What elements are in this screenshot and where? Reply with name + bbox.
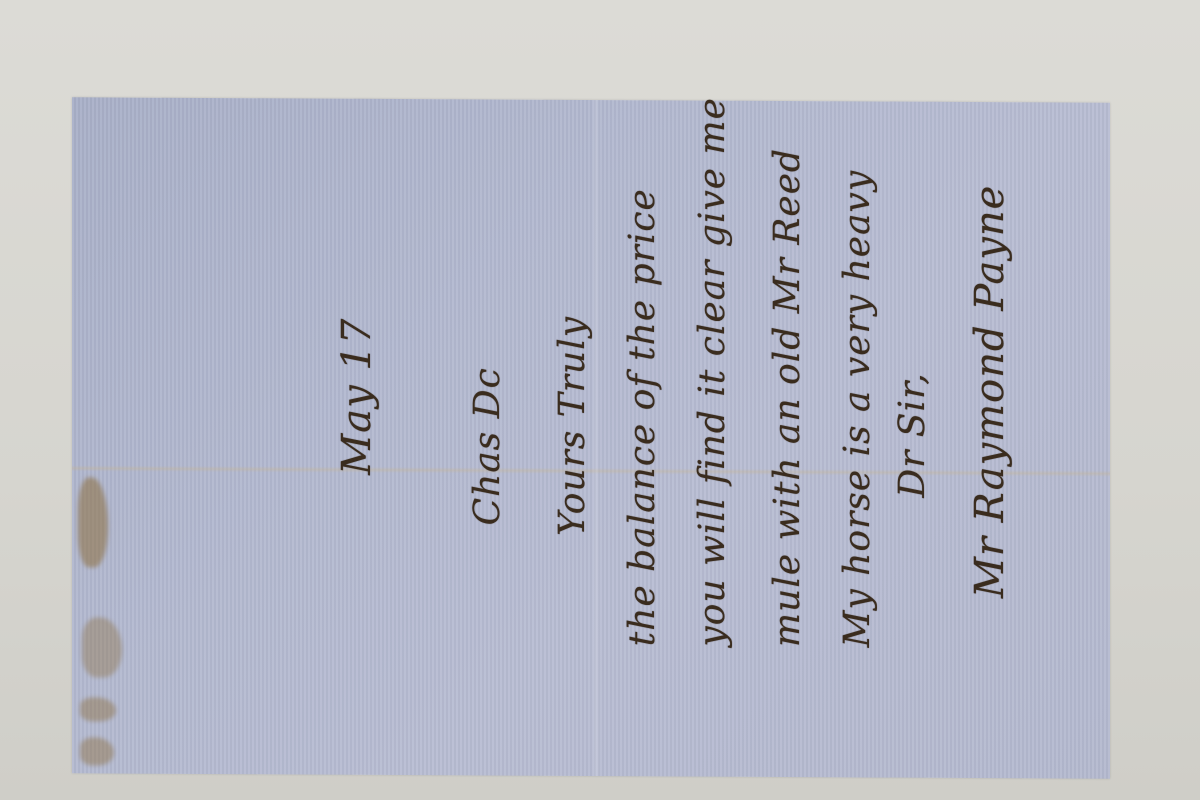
- addressee-line: Mr Raymond Payne: [967, 185, 1013, 599]
- signature: Chas Dc: [467, 367, 508, 525]
- body-line-1: My horse is a very heavy: [837, 170, 878, 648]
- salutation-line: Dr Sir,: [892, 372, 933, 498]
- closing-line: Yours Truly: [552, 316, 593, 536]
- date-line: May 17: [334, 318, 380, 475]
- letter-text-block: Mr Raymond Payne Dr Sir, My horse is a v…: [72, 97, 1110, 778]
- photo-background: { "document": { "type": "handwritten let…: [0, 0, 1200, 800]
- body-line-4: the balance of the price: [622, 188, 663, 646]
- body-line-3: you will find it clear give me: [692, 97, 733, 647]
- letter-paper: Mr Raymond Payne Dr Sir, My horse is a v…: [72, 97, 1110, 778]
- body-line-2: mule with an old Mr Reed: [767, 148, 808, 647]
